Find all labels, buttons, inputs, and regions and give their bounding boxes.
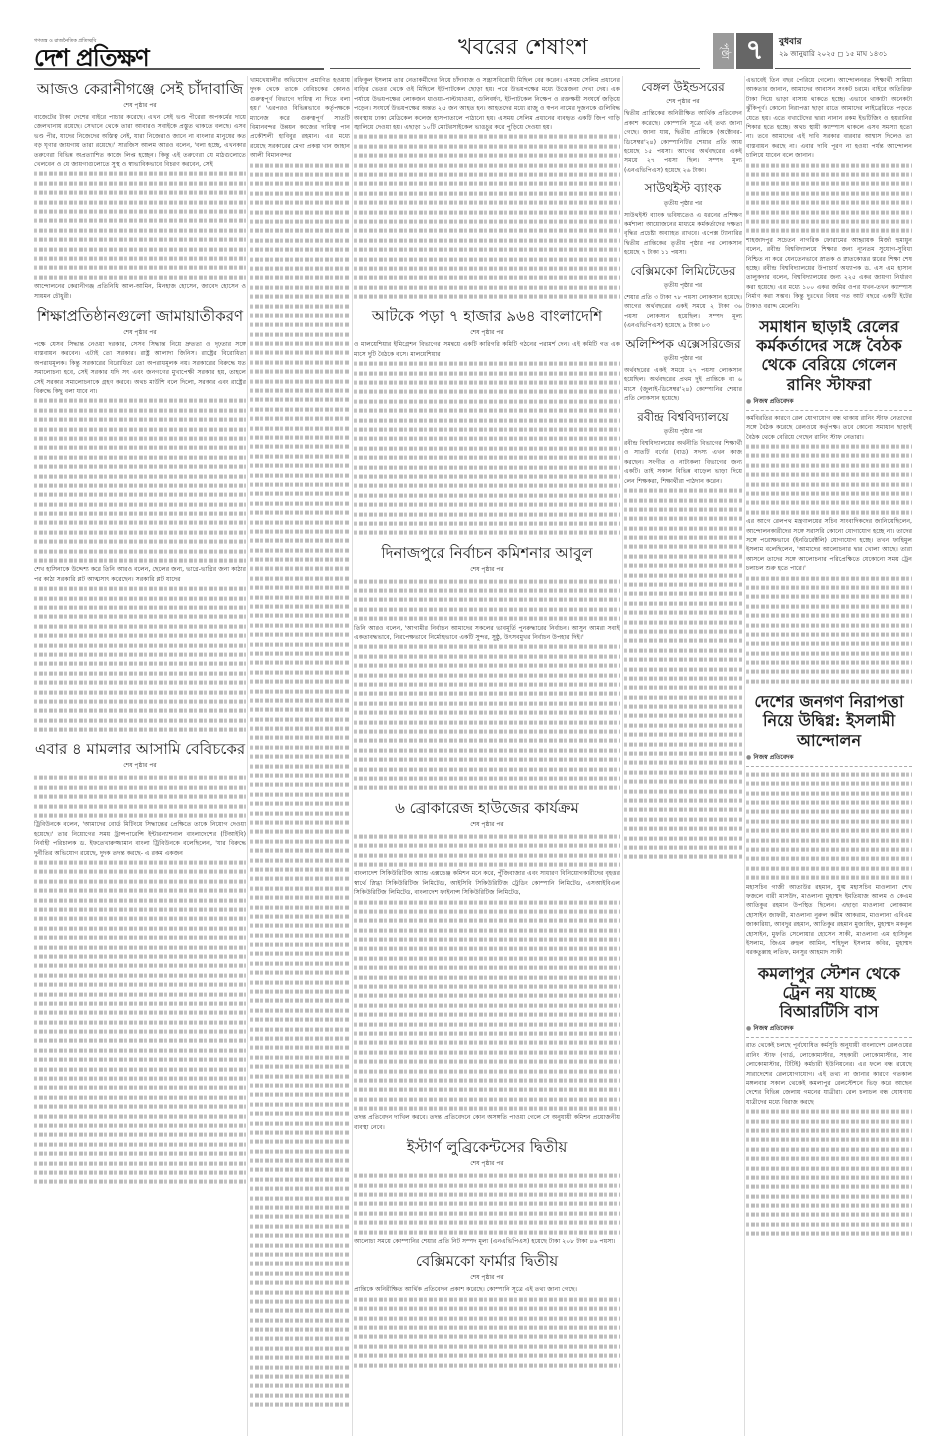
article-eastern-lubricants[interactable]: ইস্টার্ণ লুব্রিকেন্টসের দ্বিতীয় শেষ পৃষ… [354,1138,620,1246]
newspaper-logo[interactable]: দেশ প্রতিক্ষণ [34,40,149,80]
article-body: রবীন্দ্র বিশ্ববিদ্যালয়ের অর্থনীতি বিভাগ… [624,439,742,486]
text-block [624,486,742,862]
article-body: বাজেটের টাকা দেশের বাইরে পাচার করেছে। এখ… [34,113,246,169]
text-block [746,161,912,236]
article-body: বাংলাদেশ সিকিউরিটিজ অ্যান্ড এক্সচেঞ্জ কম… [354,869,620,897]
article-bengal-windsor[interactable]: বেঙ্গল উইন্ডসরের শেষ পৃষ্ঠার পর দ্বিতীয়… [624,80,742,175]
text-block [746,574,912,687]
headline[interactable]: কমলাপুর স্টেশন থেকে ট্রেন নয় যাচ্ছে বিআ… [746,964,912,1022]
divider [34,68,324,70]
article-body: দ্বিতীয় প্রান্তিকের অনিরীক্ষিত আর্থিক প… [624,109,742,175]
column-4: বেঙ্গল উইন্ডসরের শেষ পৃষ্ঠার পর দ্বিতীয়… [624,76,742,868]
article-body: শাহজাদপুর সচেতন নাগরিক ফোরামের আহ্বায়ক … [746,236,912,311]
text-block [250,161,350,1410]
headline[interactable]: অলিম্পিক এক্সেসরিজের [624,337,742,351]
continuation-label: শেষ পৃষ্ঠার পর [34,760,246,771]
article-clash[interactable]: রফিকুল ইসলাম তার নেতাকর্মীদের নিয়ে চাঁদ… [354,76,620,301]
article-stranded-bangladeshis[interactable]: আটকে পড়া ৭ হাজার ৯৬৪ বাংলাদেশি শেষ পৃষ্… [354,307,620,537]
headline[interactable]: এবার ৪ মামলার আসামি বেবিচকের [34,740,246,758]
article-bebichak[interactable]: এবার ৪ মামলার আসামি বেবিচকের শেষ পৃষ্ঠার… [34,740,246,1186]
article-body: ট্রিবিউনকে বলেন, 'আমাদের বোর্ড মিটিংয়ে … [34,820,246,858]
divider [746,1037,912,1038]
article-body: এভাবেই তিন বছর পেরিয়ে গেলো। আন্দোলনরত শ… [746,76,912,161]
divider [746,410,912,411]
text-block [34,396,246,565]
column-divider [352,76,353,1436]
headline[interactable]: আজও কেরানীগঞ্জে সেই চাঁদাবাজি [34,80,246,98]
headline[interactable]: শিক্ষাপ্রতিষ্ঠানগুলো জামায়াতীকরণ [34,307,246,325]
continuation-label: শেষ পৃষ্ঠার পর [34,100,246,111]
column-divider [247,76,248,1436]
article-body: রফিকুল ইসলাম তার নেতাকর্মীদের নিয়ে চাঁদ… [354,76,620,132]
byline: নিজস্ব প্রতিবেদক [746,1023,912,1034]
headline[interactable]: রবীন্দ্র বিশ্ববিদ্যালয়ে [624,410,742,424]
headline[interactable]: দেশের জনগণ নিরাপত্তা নিয়ে উদ্বিগ্ন: ইসল… [746,692,912,750]
continuation-label: শেষ পৃষ্ঠার পর [624,96,742,107]
divider [746,766,912,767]
article-body: পক্ষে যেসব সিদ্ধান্ত নেওয়া দরকার, সেসব … [34,340,246,396]
continuation-label: শেষ পৃষ্ঠার পর [354,819,620,830]
section-title: খবরের শেষাংশ [458,30,588,67]
article-southeast-bank[interactable]: সাউথইস্ট ব্যাংক তৃতীয় পৃষ্ঠার পর সাউথইস… [624,181,742,257]
text-block [354,642,620,792]
article-body: এর আগে রেলপথ মন্ত্রণালয়ের সচিব সাংবাদিক… [746,517,912,573]
column-3: রফিকুল ইসলাম তার নেতাকর্মীদের নিয়ে চাঁদ… [354,76,620,1376]
text-block [746,770,912,883]
article-body: অর্থবছরের একই সময়ে ২৭ পয়সা লোকসান হয়ে… [624,366,742,404]
column-divider [744,76,745,1436]
continuation-label: তৃতীয় পৃষ্ঠার পর [624,426,742,437]
article-beximco-pharma[interactable]: বেক্সিমকো ফার্মার দ্বিতীয় শেষ পৃষ্ঠার প… [354,1252,620,1370]
headline[interactable]: বেক্সিমকো লিমিটেডের [624,264,742,278]
article-rabindra-university[interactable]: রবীন্দ্র বিশ্ববিদ্যালয়ে তৃতীয় পৃষ্ঠার … [624,410,742,862]
text-block [34,169,246,282]
article-olympic-accessories[interactable]: অলিম্পিক এক্সেসরিজের তৃতীয় পৃষ্ঠার পর অ… [624,337,742,404]
article-beximco-ltd[interactable]: বেক্সিমকো লিমিটেডের তৃতীয় পৃষ্ঠার পর শে… [624,264,742,331]
continuation-label: শেষ পৃষ্ঠার পর [354,564,620,575]
article-body: রাত থেকেই চলছে পূর্বঘোষিত কর্মসূচি অনুযা… [746,1041,912,1107]
byline: নিজস্ব প্রতিবেদক [746,396,912,407]
article-body: সাউথইস্ট ব্যাংক ভবিষ্যতেও এ ধরনের প্রশিক… [624,211,742,258]
continuation-label: তৃতীয় পৃষ্ঠার পর [624,280,742,291]
text-block [354,832,620,870]
continuation-label: শেষ পৃষ্ঠার পর [354,1158,620,1169]
headline[interactable]: দিনাজপুরে নির্বাচন কমিশনার আবুল [354,544,620,562]
article-kamalapur-station[interactable]: কমলাপুর স্টেশন থেকে ট্রেন নয় যাচ্ছে বিআ… [746,964,912,1239]
divider [775,68,911,69]
continuation-label: শেষ পৃষ্ঠার পর [354,327,620,338]
text-block [34,584,246,734]
continuation-label: শেষ পৃষ্ঠার পর [34,327,246,338]
article-body: তদন্ত প্রতিবেদন দাখিল করবে। তদন্ত প্রতিব… [354,1113,620,1132]
continuation-label: তৃতীয় পৃষ্ঠার পর [624,353,742,364]
article-body: শেয়ার প্রতি ৩ টাকা ৭৮ পয়সা লোকসান হয়ে… [624,293,742,331]
article-railway-staff[interactable]: সমাধান ছাড়াই রেলের কর্মকর্তাদের সঙ্গে ব… [746,317,912,686]
article-body: শেখ হাসিনাকে উদ্দেশ্য করে তিনি আরও বলেন,… [34,565,246,584]
byline: নিজস্ব প্রতিবেদক [746,752,912,763]
headline[interactable]: বেঙ্গল উইন্ডসরের [624,80,742,94]
page-number: ৭ [736,33,773,69]
text-block [354,359,620,537]
issue-date: ২৯ জানুয়ারি ২০২৫ ◻ ১৫ মাঘ ১৪৩১ [779,48,887,60]
article-body: ও মালয়েশিয়ার ইমিগ্রেশন বিভাগের সমন্বয়… [354,340,620,359]
column-divider [622,76,623,1436]
continuation-label: শেষ পৃষ্ঠার পর [354,1272,620,1283]
column-1: আজও কেরানীগঞ্জে সেই চাঁদাবাজি শেষ পৃষ্ঠা… [34,76,246,1193]
text-block [746,1107,912,1238]
article-body: মহাসচিব গাজী আতাউর রহমান, যুগ্ম মহাসচিব … [746,883,912,958]
text-block [354,1171,620,1237]
text-block [746,442,912,517]
headline[interactable]: ইস্টার্ণ লুব্রিকেন্টসের দ্বিতীয় [354,1138,620,1156]
text-block [354,577,620,624]
page-label: পৃষ্ঠা [713,33,734,69]
article-rabindra-campus[interactable]: এভাবেই তিন বছর পেরিয়ে গেলো। আন্দোলনরত শ… [746,76,912,311]
article-brokerage-houses[interactable]: ৬ ব্রোকারেজ হাউজের কার্যক্রম শেষ পৃষ্ঠার… [354,799,620,1133]
column-5: এভাবেই তিন বছর পেরিয়ে গেলো। আন্দোলনরত শ… [746,76,912,1245]
article-body: খামখেয়ালীর অভিযোগ প্রমাণিত হওয়ায় দুদক… [250,76,350,161]
article-body: তিনি আরও বলেন, 'আগামীর নির্বাচন আমাদের স… [354,624,620,643]
continuation-label: তৃতীয় পৃষ্ঠার পর [624,198,742,209]
text-block [354,1295,620,1370]
headline[interactable]: বেক্সিমকো ফার্মার দ্বিতীয় [354,1252,620,1270]
headline[interactable]: ৬ ব্রোকারেজ হাউজের কার্যক্রম [354,799,620,817]
issue-day: বুধবার [779,34,802,49]
article-body: প্রান্তিকে অনিরীক্ষিত আর্থিক প্রতিবেদন প… [354,1285,620,1294]
headline[interactable]: আটকে পড়া ৭ হাজার ৯৬৪ বাংলাদেশি [354,307,620,325]
article-islami-andolan[interactable]: দেশের জনগণ নিরাপত্তা নিয়ে উদ্বিগ্ন: ইসল… [746,692,912,958]
text-block [34,858,246,1187]
text-block [354,132,620,301]
divider [330,68,700,69]
article-election-commissioner[interactable]: দিনাজপুরে নির্বাচন কমিশনার আবুল শেষ পৃষ্… [354,544,620,793]
headline[interactable]: সমাধান ছাড়াই রেলের কর্মকর্তাদের সঙ্গে ব… [746,317,912,394]
article-keraniganj[interactable]: আজও কেরানীগঞ্জে সেই চাঁদাবাজি শেষ পৃষ্ঠা… [34,80,246,301]
text-block [354,898,620,1114]
article-education-institutions[interactable]: শিক্ষাপ্রতিষ্ঠানগুলো জামায়াতীকরণ শেষ পৃ… [34,307,246,735]
text-block [34,773,246,820]
article-body: কর্মবিরতির কারণে রেল যোগাযোগ বন্ধ থাকায়… [746,414,912,442]
column-2: খামখেয়ালীর অভিযোগ প্রমাণিত হওয়ায় দুদক… [250,76,350,1410]
article-body: আন্দোলনের কেরানীগঞ্জ প্রতিনিধি আল-আমিন, … [34,282,246,301]
headline[interactable]: সাউথইস্ট ব্যাংক [624,181,742,195]
article-body: আলোচ্য সময়ে কোম্পানির শেয়ার প্রতি নিট … [354,1237,620,1246]
